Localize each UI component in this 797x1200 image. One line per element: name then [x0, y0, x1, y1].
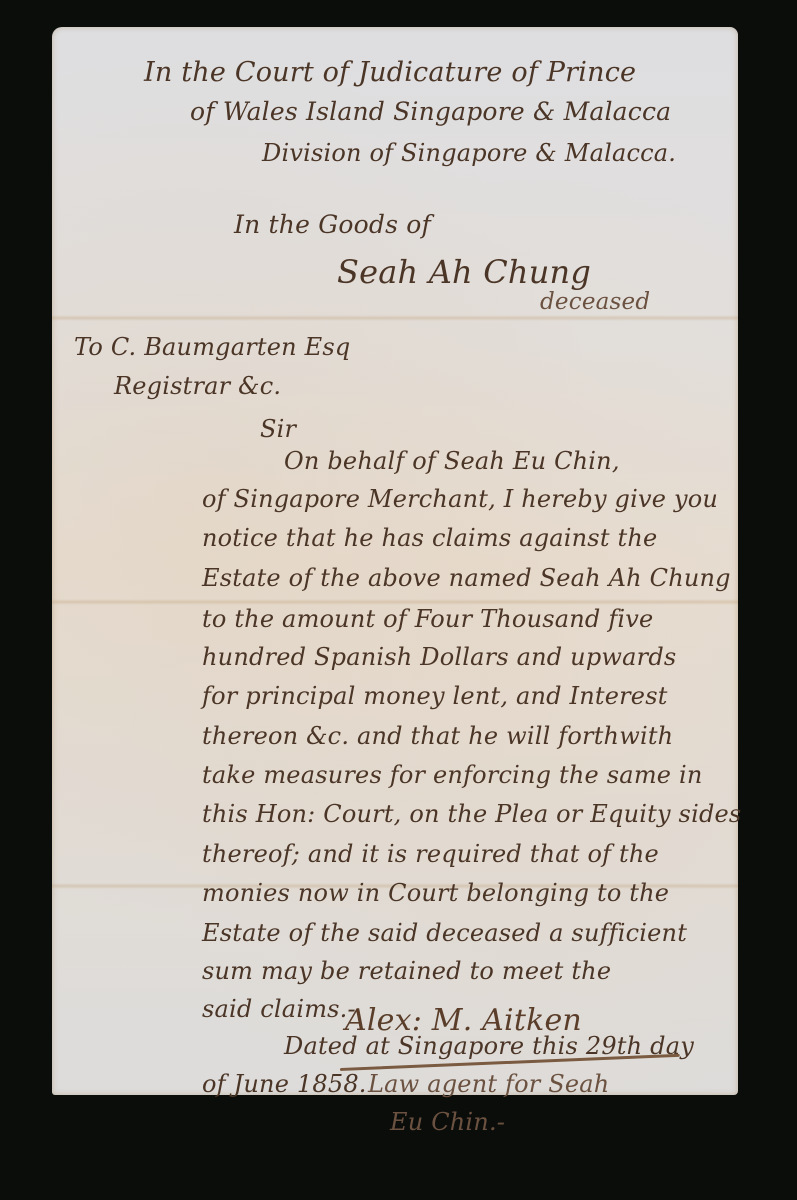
body-line: this Hon: Court, on the Plea or Equity s… [202, 800, 741, 828]
body-line: of Singapore Merchant, I hereby give you [202, 485, 718, 513]
addressee-line-2: Registrar &c. [114, 372, 281, 400]
signature-title-line-2: Eu Chin.- [390, 1108, 505, 1136]
signature: Alex: M. Aitken [345, 1003, 582, 1038]
body-line: sum may be retained to meet the [202, 957, 611, 985]
body-line: thereof; and it is required that of the [202, 840, 659, 868]
body-line: take measures for enforcing the same in [202, 761, 703, 789]
body-line: On behalf of Seah Eu Chin, [284, 447, 620, 475]
addressee-line-1: To C. Baumgarten Esq [74, 333, 350, 361]
body-line: monies now in Court belonging to the [202, 879, 669, 907]
body-line: Estate of the said deceased a sufficient [202, 919, 687, 947]
body-line: for principal money lent, and Interest [202, 682, 668, 710]
dateline-2: of June 1858. [202, 1070, 367, 1098]
body-line: to the amount of Four Thousand five [202, 605, 653, 633]
court-heading-line-2: of Wales Island Singapore & Malacca [190, 97, 671, 126]
signature-title-line-1: Law agent for Seah [368, 1070, 609, 1098]
fold-line [52, 315, 738, 321]
body-line: said claims.- [202, 995, 356, 1023]
body-line: hundred Spanish Dollars and upwards [202, 643, 676, 671]
salutation: Sir [260, 415, 296, 443]
document-page: In the Court of Judicature of Prince of … [52, 27, 738, 1095]
body-line: notice that he has claims against the [202, 524, 657, 552]
court-heading-line-1: In the Court of Judicature of Prince [144, 57, 636, 88]
matter-line: In the Goods of [234, 210, 431, 239]
court-heading-line-3: Division of Singapore & Malacca. [262, 139, 676, 167]
body-line: thereon &c. and that he will forthwith [202, 722, 673, 750]
deceased-status: deceased [540, 289, 650, 315]
deceased-name: Seah Ah Chung [337, 253, 591, 291]
body-line: Estate of the above named Seah Ah Chung [202, 564, 731, 592]
